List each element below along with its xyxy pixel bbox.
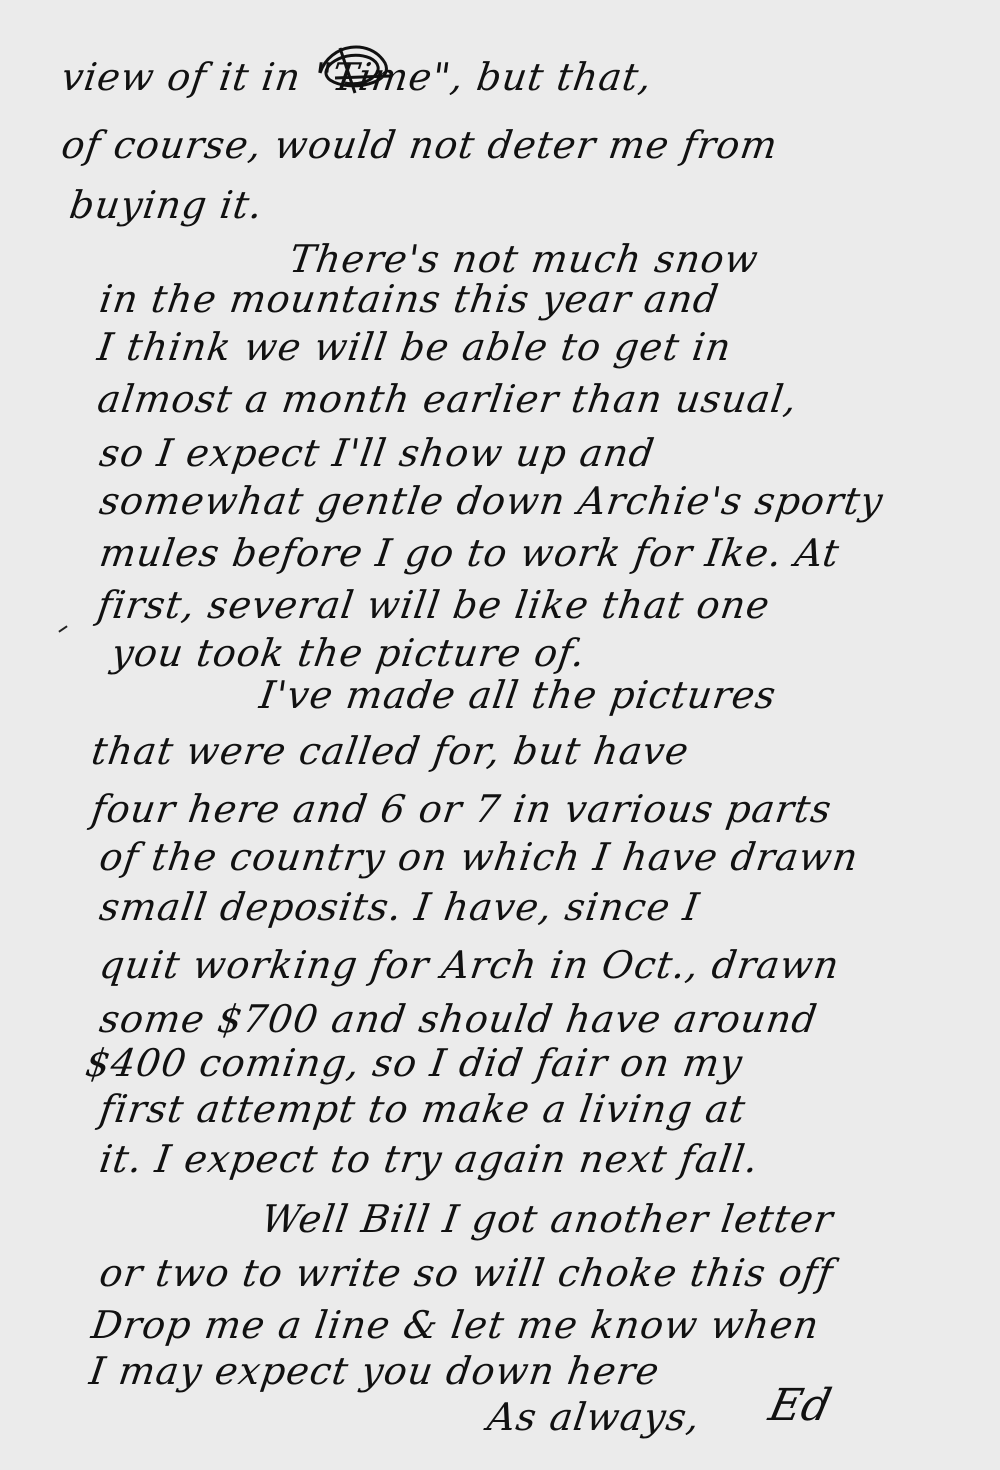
letter-closing: As always, [485, 1398, 702, 1436]
letter-line-20: $400 coming, so I did fair on my [83, 1044, 745, 1082]
letter-line-17: small deposits. I have, since I [97, 888, 702, 926]
letter-line-7: almost a month earlier than usual, [95, 380, 799, 418]
letter-line-3: buying it. [67, 186, 265, 224]
ink-mark [58, 625, 67, 632]
letter-line-6: I think we will be able to get in [95, 328, 734, 366]
letter-line-24: or two to write so will choke this off [97, 1254, 835, 1292]
letter-line-26: I may expect you down here [87, 1352, 662, 1390]
letter-line-10: mules before I go to work for Ike. At [97, 534, 842, 572]
letter-line-15: four here and 6 or 7 in various parts [89, 790, 834, 828]
letter-line-12: you took the picture of. [109, 634, 588, 672]
letter-line-18: quit working for Arch in Oct., drawn [97, 946, 842, 984]
letter-line-19: some $700 and should have around [97, 1000, 820, 1038]
letter-line-14: that were called for, but have [89, 732, 691, 770]
letter-line-22: it. I expect to try again next fall. [97, 1140, 761, 1178]
letter-line-25: Drop me a line & let me know when [89, 1306, 821, 1344]
letter-line-2: of course, would not deter me from [59, 126, 780, 164]
letter-line-23: Well Bill I got another letter [259, 1200, 836, 1238]
letter-line-21: first attempt to make a living at [97, 1090, 748, 1128]
letter-line-13: I've made all the pictures [257, 676, 778, 714]
letter-line-11: first, several will be like that one [95, 586, 772, 624]
letter-line-1: view of it in "Time", but that, [59, 58, 654, 96]
letter-line-16: of the country on which I have drawn [97, 838, 861, 876]
letter-line-4: There's not much snow [287, 240, 761, 278]
letter-line-5: in the mountains this year and [97, 280, 721, 318]
signature: Ed [765, 1380, 836, 1431]
letter-page: view of it in "Time", but that, of cours… [0, 0, 1000, 1470]
letter-line-8: so I expect I'll show up and [97, 434, 657, 472]
letter-line-9: somewhat gentle down Archie's sporty [97, 482, 885, 520]
